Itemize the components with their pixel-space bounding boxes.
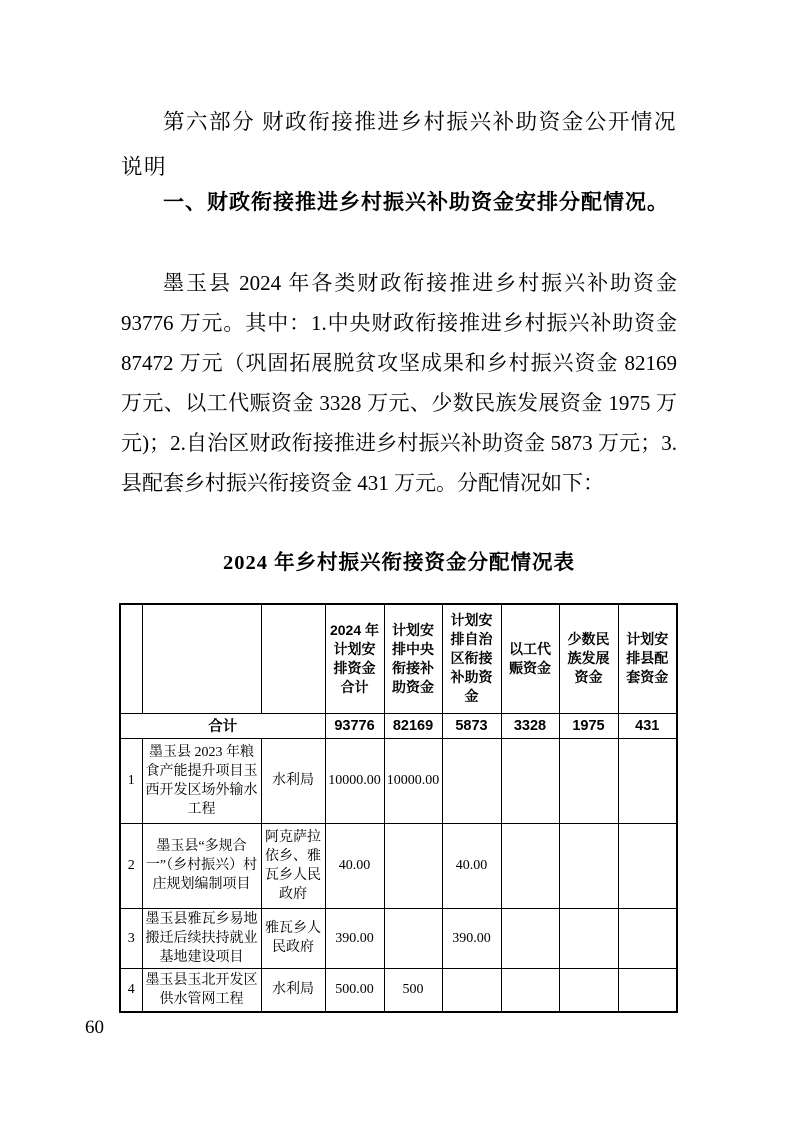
county-amount-cell xyxy=(618,908,677,968)
work-relief-amount-cell xyxy=(501,738,559,823)
project-name-cell: 墨玉县玉北开发区供水管网工程 xyxy=(142,968,261,1012)
regional-amount-cell xyxy=(442,738,501,823)
work-relief-amount-cell xyxy=(501,823,559,908)
column-header-central-funds: 计划安排中央衔接补助资金 xyxy=(384,604,442,713)
table-row: 2 墨玉县“多规合一”（乡村振兴）村庄规划编制项目 阿克萨拉依乡、雅瓦乡人民政府… xyxy=(120,823,677,908)
column-header-total-planned: 2024 年计划安排资金合计 xyxy=(325,604,384,713)
total-minority-value: 1975 xyxy=(559,713,618,738)
row-number-cell: 4 xyxy=(120,968,142,1012)
total-amount-cell: 10000.00 xyxy=(325,738,384,823)
total-amount-cell: 390.00 xyxy=(325,908,384,968)
table-row: 3 墨玉县雅瓦乡易地搬迁后续扶持就业基地建设项目 雅瓦乡人民政府 390.00 … xyxy=(120,908,677,968)
column-header-county-funds: 计划安排县配套资金 xyxy=(618,604,677,713)
minority-amount-cell xyxy=(559,908,618,968)
implementing-unit-cell: 水利局 xyxy=(261,968,325,1012)
allocation-table: 2024 年计划安排资金合计 计划安排中央衔接补助资金 计划安排自治区衔接补助资… xyxy=(119,603,678,1013)
column-header-project xyxy=(142,604,261,713)
column-header-work-relief-funds: 以工代赈资金 xyxy=(501,604,559,713)
work-relief-amount-cell xyxy=(501,908,559,968)
column-header-unit xyxy=(261,604,325,713)
implementing-unit-cell: 雅瓦乡人民政府 xyxy=(261,908,325,968)
project-name-cell: 墨玉县 2023 年粮食产能提升项目玉西开发区场外输水工程 xyxy=(142,738,261,823)
minority-amount-cell xyxy=(559,823,618,908)
county-amount-cell xyxy=(618,823,677,908)
row-number-cell: 3 xyxy=(120,908,142,968)
row-number-cell: 2 xyxy=(120,823,142,908)
document-page: 第六部分 财政衔接推进乡村振兴补助资金公开情况说明 一、财政衔接推进乡村振兴补助… xyxy=(0,0,793,1122)
regional-amount-cell: 40.00 xyxy=(442,823,501,908)
county-amount-cell xyxy=(618,738,677,823)
central-amount-cell xyxy=(384,908,442,968)
table-title: 2024 年乡村振兴衔接资金分配情况表 xyxy=(121,548,677,578)
total-row-label: 合计 xyxy=(120,713,325,738)
total-amount-cell: 40.00 xyxy=(325,823,384,908)
section-heading: 一、财政衔接推进乡村振兴补助资金安排分配情况。 xyxy=(121,180,677,225)
project-name-cell: 墨玉县“多规合一”（乡村振兴）村庄规划编制项目 xyxy=(142,823,261,908)
table-total-row: 合计 93776 82169 5873 3328 1975 431 xyxy=(120,713,677,738)
total-work-relief-value: 3328 xyxy=(501,713,559,738)
total-central-value: 82169 xyxy=(384,713,442,738)
document-title: 第六部分 财政衔接推进乡村振兴补助资金公开情况说明 xyxy=(121,100,677,190)
minority-amount-cell xyxy=(559,738,618,823)
table-header-row: 2024 年计划安排资金合计 计划安排中央衔接补助资金 计划安排自治区衔接补助资… xyxy=(120,604,677,713)
central-amount-cell: 10000.00 xyxy=(384,738,442,823)
total-regional-value: 5873 xyxy=(442,713,501,738)
column-header-regional-funds: 计划安排自治区衔接补助资金 xyxy=(442,604,501,713)
row-number-cell: 1 xyxy=(120,738,142,823)
table-row: 4 墨玉县玉北开发区供水管网工程 水利局 500.00 500 xyxy=(120,968,677,1012)
regional-amount-cell xyxy=(442,968,501,1012)
regional-amount-cell: 390.00 xyxy=(442,908,501,968)
central-amount-cell xyxy=(384,823,442,908)
body-paragraph: 墨玉县 2024 年各类财政衔接推进乡村振兴补助资金 93776 万元。其中：1… xyxy=(121,263,677,503)
table-row: 1 墨玉县 2023 年粮食产能提升项目玉西开发区场外输水工程 水利局 1000… xyxy=(120,738,677,823)
total-county-value: 431 xyxy=(618,713,677,738)
work-relief-amount-cell xyxy=(501,968,559,1012)
column-header-minority-funds: 少数民族发展资金 xyxy=(559,604,618,713)
project-name-cell: 墨玉县雅瓦乡易地搬迁后续扶持就业基地建设项目 xyxy=(142,908,261,968)
minority-amount-cell xyxy=(559,968,618,1012)
county-amount-cell xyxy=(618,968,677,1012)
page-number: 60 xyxy=(85,1016,104,1040)
total-planned-value: 93776 xyxy=(325,713,384,738)
total-amount-cell: 500.00 xyxy=(325,968,384,1012)
column-header-row-number xyxy=(120,604,142,713)
central-amount-cell: 500 xyxy=(384,968,442,1012)
implementing-unit-cell: 水利局 xyxy=(261,738,325,823)
implementing-unit-cell: 阿克萨拉依乡、雅瓦乡人民政府 xyxy=(261,823,325,908)
